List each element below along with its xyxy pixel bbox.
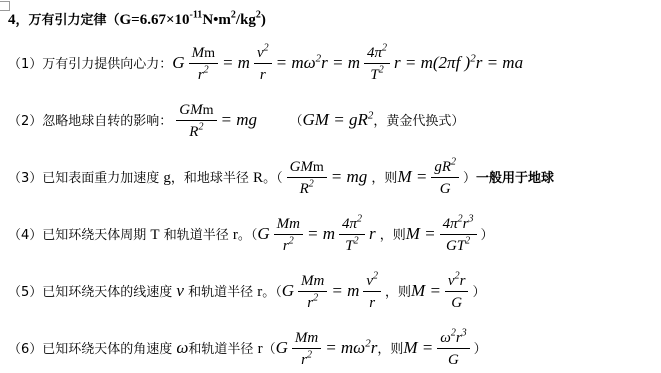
fraction: v2r (254, 43, 272, 85)
math-run: v (366, 273, 373, 289)
math-run: r = m (321, 53, 360, 72)
formula-line-4: （4）已知环绕天体周期 T 和轨道半径 r。（GMmr2= m4π2T2r ，则… (0, 205, 661, 262)
fraction-denominator: G (437, 349, 469, 369)
math-run: = mω (325, 338, 365, 357)
superscript: 2 (382, 42, 387, 53)
math-run: GM (303, 110, 329, 129)
superscript: 2 (289, 236, 294, 247)
math-run: r (369, 224, 376, 243)
fraction-denominator: T2 (364, 64, 390, 84)
text-run: （ (263, 342, 276, 357)
fraction-denominator: R2 (287, 178, 327, 198)
fraction-numerator: v2 (363, 271, 381, 292)
math-run: v (448, 273, 455, 289)
math-run: M (192, 45, 205, 61)
text-run: 。（ (263, 171, 283, 186)
superscript: 2 (307, 350, 312, 361)
text-run: 和轨道半径 (184, 285, 257, 300)
formula-line-1: （1）万有引力提供向心力：GMmr2= mv2r= mω2r = m4π2T2r… (0, 34, 661, 91)
fraction: 4π2T2 (339, 214, 365, 256)
math-run: = m (307, 224, 335, 243)
fraction: Mmr2 (292, 328, 321, 370)
fraction-numerator: 4π2 (339, 214, 365, 235)
bold-superscript: -11 (190, 10, 203, 21)
math-run: ω (176, 338, 188, 357)
fraction-denominator: G (431, 178, 459, 198)
math-run: R (300, 181, 309, 197)
bold-text-run: 一般用于地球 (476, 171, 554, 186)
text-run: （4）已知环绕天体周期 (8, 228, 150, 243)
fraction-denominator: r2 (189, 64, 218, 84)
roman-run: g (163, 170, 171, 186)
superscript: 3 (469, 213, 474, 224)
math-run: 4π (342, 216, 357, 232)
text-run: （ (257, 114, 303, 129)
math-run: G (451, 295, 462, 311)
math-run: = m (222, 53, 250, 72)
fraction: Mmr2 (274, 214, 303, 256)
math-run: GM (290, 159, 313, 175)
math-run: G (440, 181, 451, 197)
fraction: Mmr2 (189, 43, 218, 85)
math-run: 4π (367, 45, 382, 61)
math-run: = g (329, 110, 357, 129)
math-run: v (257, 45, 264, 61)
formula-line-3: （3）已知表面重力加速度 g，和地球半径 R。（GMmR2= mg ，则M =g… (0, 148, 661, 205)
math-run: G (172, 53, 184, 72)
math-run: T (345, 238, 353, 254)
superscript: 3 (462, 327, 467, 338)
math-run: M = (411, 281, 441, 300)
superscript: 2 (354, 236, 359, 247)
roman-run: m (203, 103, 214, 118)
fraction-numerator: gR2 (431, 157, 459, 178)
math-run: = mω (276, 53, 316, 72)
fraction-numerator: Mm (189, 43, 218, 64)
text-run: 。（ (238, 228, 258, 243)
text-run: ） (472, 285, 485, 300)
section-title: 4，万有引力定律（G=6.67×10-11N•m2/kg2) (0, 4, 661, 34)
text-run: ，则 (377, 342, 403, 357)
document-page: 4，万有引力定律（G=6.67×10-11N•m2/kg2) （1）万有引力提供… (0, 0, 661, 373)
superscript: 2 (451, 156, 456, 167)
fraction-numerator: 4π2 (364, 43, 390, 64)
fraction-numerator: Mm (292, 328, 321, 349)
math-run: G (257, 224, 269, 243)
fraction-numerator: v2r (445, 271, 469, 292)
bold-roman-run: N•m (202, 12, 231, 28)
fraction-numerator: GMm (287, 157, 327, 178)
fraction: 4π2T2 (364, 43, 390, 85)
superscript: 2 (379, 65, 384, 76)
math-run: = mg (331, 167, 368, 186)
fraction-numerator: GMm (176, 100, 216, 121)
text-run: ，和地球半径 (171, 171, 253, 186)
fraction: v2rG (445, 271, 469, 313)
formula-line-5: （5）已知环绕天体的线速度 v 和轨道半径 r。（GMmr2= mv2r，则M … (0, 262, 661, 319)
text-run: 和轨道半径 (188, 342, 257, 357)
text-run: ，则 (367, 171, 397, 186)
text-run: ，则 (385, 285, 411, 300)
math-run: G (276, 338, 288, 357)
formula-line-2: （2）忽略地球自转的影响：GMmR2= mg （GM = gR2，黄金代换式） (0, 91, 661, 148)
bold-roman-run: ) (261, 12, 266, 28)
math-run: r (369, 295, 375, 311)
fraction: GMmR2 (176, 100, 216, 142)
fraction: v2r (363, 271, 381, 313)
math-run: M = (403, 338, 433, 357)
math-run: r (260, 67, 266, 83)
fraction-denominator: GT2 (440, 235, 477, 255)
bold-roman-run: 4 (8, 12, 16, 28)
math-run: Mm (295, 330, 318, 346)
corner-mark-icon (0, 1, 10, 11)
fraction-denominator: r2 (292, 349, 321, 369)
math-run: r = m(2πf ) (394, 53, 470, 72)
fraction: ω2r3G (437, 328, 469, 370)
math-run: r = ma (476, 53, 523, 72)
math-run: M = (406, 224, 436, 243)
bold-text-run: ，万有引力定律（ (16, 13, 120, 28)
roman-run: T (150, 227, 159, 243)
fraction: 4π2r3GT2 (440, 214, 477, 256)
text-run: （2）忽略地球自转的影响： (8, 114, 172, 129)
fraction-numerator: Mm (274, 214, 303, 235)
text-run: ，黄金代换式） (373, 114, 464, 129)
fraction-denominator: r (363, 292, 381, 312)
bold-roman-run: /kg (236, 12, 256, 28)
math-run: = m (331, 281, 359, 300)
text-run: 。（ (262, 285, 282, 300)
fraction-denominator: R2 (176, 121, 216, 141)
superscript: 2 (204, 65, 209, 76)
superscript: 2 (373, 270, 378, 281)
math-run: Mm (301, 273, 324, 289)
text-run: ） (463, 171, 476, 186)
math-run: = mg (221, 110, 258, 129)
fraction-denominator: r (254, 64, 272, 84)
bold-roman-run: G=6.67×10 (120, 12, 190, 28)
math-run: T (370, 67, 378, 83)
fraction-denominator: r2 (298, 292, 327, 312)
text-run: ） (481, 228, 494, 243)
fraction-numerator: 4π2r3 (440, 214, 477, 235)
math-run: r (460, 273, 466, 289)
text-run: （5）已知环绕天体的线速度 (8, 285, 176, 300)
math-run: ω (440, 330, 451, 346)
text-run: ） (474, 342, 487, 357)
math-run: gR (434, 159, 451, 175)
roman-run: R (253, 170, 263, 186)
superscript: 2 (198, 122, 203, 133)
roman-run: m (204, 46, 215, 61)
superscript: 2 (313, 293, 318, 304)
roman-run: m (313, 160, 324, 175)
fraction-numerator: v2 (254, 43, 272, 64)
fraction-numerator: Mm (298, 271, 327, 292)
math-run: 4π (443, 216, 458, 232)
fraction-denominator: T2 (339, 235, 365, 255)
fraction: GMmR2 (287, 157, 327, 199)
text-run: （1）万有引力提供向心力： (8, 57, 172, 72)
superscript: 2 (465, 236, 470, 247)
text-run: （3）已知表面重力加速度 (8, 171, 163, 186)
formula-line-6: （6）已知环绕天体的角速度 ω和轨道半径 r（GMmr2= mω2r，则M =ω… (0, 319, 661, 373)
math-run: M = (397, 167, 427, 186)
fraction-numerator: ω2r3 (437, 328, 469, 349)
fraction-denominator: r2 (274, 235, 303, 255)
superscript: 2 (309, 179, 314, 190)
math-run: Mm (277, 216, 300, 232)
text-run: ，则 (376, 228, 406, 243)
math-run: G (448, 352, 459, 368)
superscript: 2 (264, 42, 269, 53)
math-run: GM (179, 102, 202, 118)
math-run: G (282, 281, 294, 300)
math-run: GT (446, 238, 465, 254)
text-run: （6）已知环绕天体的角速度 (8, 342, 176, 357)
math-run: R (357, 110, 367, 129)
fraction: Mmr2 (298, 271, 327, 313)
fraction-denominator: G (445, 292, 469, 312)
text-run: 和轨道半径 (160, 228, 233, 243)
math-run: v (176, 281, 184, 300)
fraction: gR2G (431, 157, 459, 199)
superscript: 2 (357, 213, 362, 224)
